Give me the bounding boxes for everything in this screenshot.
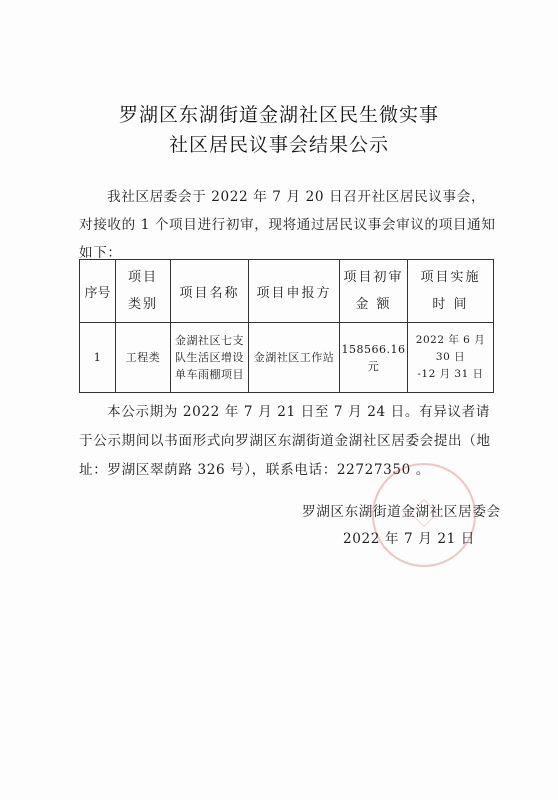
table-row: 1 工程类 金湖社区七支队生活区增设单车雨棚项目 金湖社区工作站 158566.… xyxy=(80,323,494,393)
cell-time: 2022 年 6 月 30 日 -12 月 31 日 xyxy=(408,323,494,393)
cell-category: 工程类 xyxy=(116,323,171,393)
header-applicant: 项目申报方 xyxy=(249,260,340,323)
document-page: 罗湖区东湖街道金湖社区民生微实事 社区居民议事会结果公示 我社区居委会于 202… xyxy=(0,0,558,800)
cell-applicant: 金湖社区工作站 xyxy=(249,323,340,393)
signature-organization: 罗湖区东湖街道金湖社区居委会 xyxy=(302,500,501,520)
header-time: 项目实施 时 间 xyxy=(408,260,494,323)
document-title-line2: 社区居民议事会结果公示 xyxy=(0,130,558,157)
document-title-line1: 罗湖区东湖街道金湖社区民生微实事 xyxy=(0,100,558,127)
cell-index: 1 xyxy=(80,323,116,393)
cell-name: 金湖社区七支队生活区增设单车雨棚项目 xyxy=(171,323,249,393)
table-header-row: 序号 项目 类别 项目名称 项目申报方 项目初审 金 额 项目实施 时 间 xyxy=(80,260,494,323)
signature-date: 2022 年 7 月 21 日 xyxy=(343,527,475,547)
project-table: 序号 项目 类别 项目名称 项目申报方 项目初审 金 额 项目实施 时 间 1 … xyxy=(79,259,494,393)
intro-paragraph: 我社区居委会于 2022 年 7 月 20 日召开社区居民议事会，对接收的 1 … xyxy=(79,183,499,267)
header-name: 项目名称 xyxy=(171,260,249,323)
header-category: 项目 类别 xyxy=(116,260,171,323)
header-index: 序号 xyxy=(80,260,116,323)
header-amount: 项目初审 金 额 xyxy=(340,260,408,323)
cell-amount: 158566.16 元 xyxy=(340,323,408,393)
